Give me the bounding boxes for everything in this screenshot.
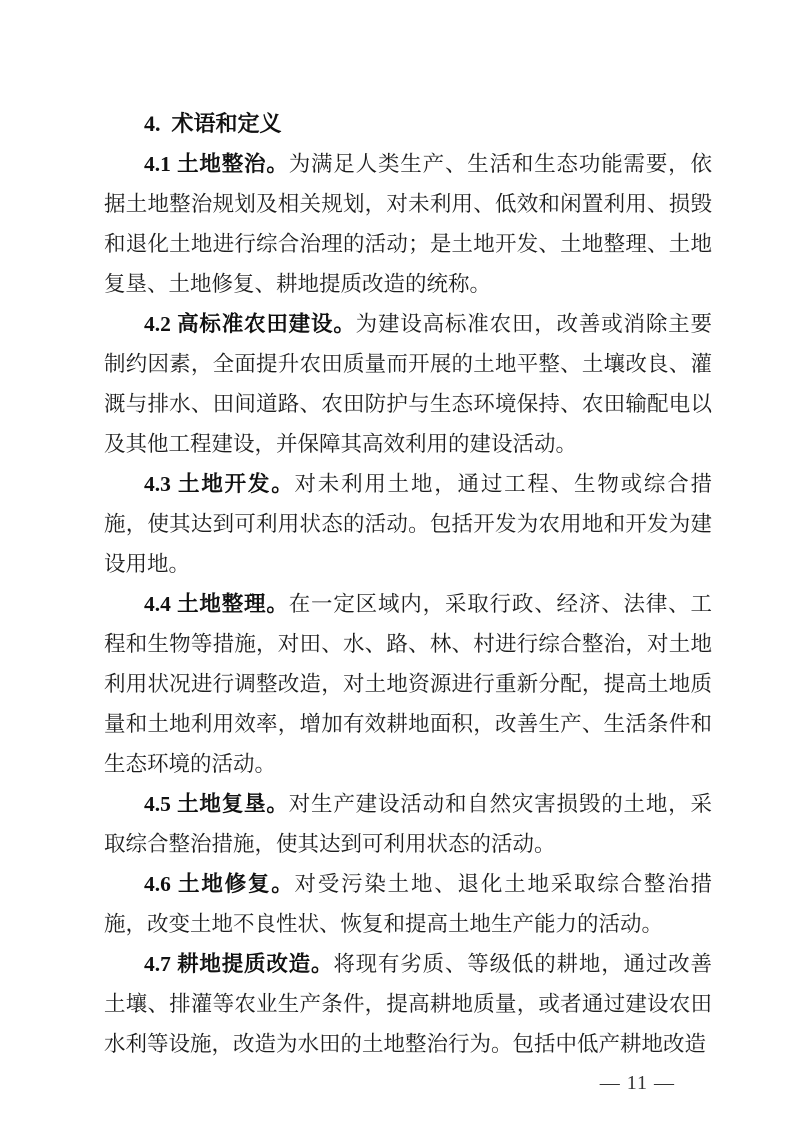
term-paragraph-4-3: 4.3 土地开发。对未利用土地，通过工程、生物或综合措施，使其达到可利用状态的活… [104,464,712,584]
term-paragraph-4-4: 4.4 土地整理。在一定区域内，采取行政、经济、法律、工程和生物等措施，对田、水… [104,584,712,784]
term-label-4-4: 4.4 土地整理。 [144,592,289,616]
page-number: — 11 — [600,1072,675,1094]
page-content: 4. 术语和定义 4.1 土地整治。为满足人类生产、生活和生态功能需要，依据土地… [104,104,712,1064]
term-label-4-1: 4.1 土地整治。 [144,152,289,176]
term-label-4-7: 4.7 耕地提质改造。 [144,952,333,976]
term-paragraph-4-2: 4.2 高标准农田建设。为建设高标准农田，改善或消除主要制约因素，全面提升农田质… [104,304,712,464]
document-page: 4. 术语和定义 4.1 土地整治。为满足人类生产、生活和生态功能需要，依据土地… [0,0,793,1122]
term-paragraph-4-6: 4.6 土地修复。对受污染土地、退化土地采取综合整治措施，改变土地不良性状、恢复… [104,864,712,944]
term-paragraph-4-1: 4.1 土地整治。为满足人类生产、生活和生态功能需要，依据土地整治规划及相关规划… [104,144,712,304]
term-label-4-2: 4.2 高标准农田建设。 [144,312,356,336]
page-footer: — 11 — [576,1044,675,1122]
term-paragraph-4-5: 4.5 土地复垦。对生产建设活动和自然灾害损毁的土地，采取综合整治措施，使其达到… [104,784,712,864]
term-definition-4-4: 在一定区域内，采取行政、经济、法律、工程和生物等措施，对田、水、路、林、村进行综… [104,592,712,776]
term-label-4-3: 4.3 土地开发。 [144,472,295,496]
section-heading: 4. 术语和定义 [104,104,712,144]
term-label-4-5: 4.5 土地复垦。 [144,792,289,816]
term-label-4-6: 4.6 土地修复。 [144,872,295,896]
